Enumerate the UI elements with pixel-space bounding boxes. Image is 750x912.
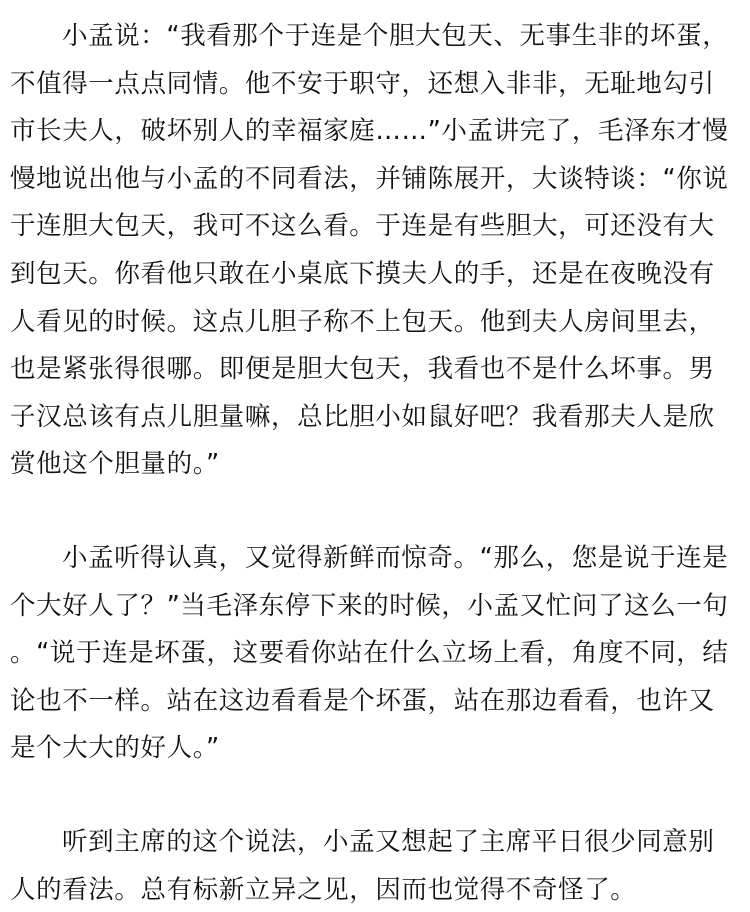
text-line: 慢地说出他与小孟的不同看法，并铺陈展开，大谈特谈：“你说 bbox=[10, 156, 746, 204]
paragraph-1: 小孟说：“我看那个于连是个胆大包天、无事生非的坏蛋， 不值得一点点同情。他不安于… bbox=[10, 13, 746, 489]
paragraph-3: 听到主席的这个说法，小孟又想起了主席平日很少同意别 人的看法。总有标新立异之见，… bbox=[10, 819, 746, 912]
document-page: 小孟说：“我看那个于连是个胆大包天、无事生非的坏蛋， 不值得一点点同情。他不安于… bbox=[10, 13, 746, 912]
text-line: 听到主席的这个说法，小孟又想起了主席平日很少同意别 bbox=[10, 819, 746, 867]
text-line: 也是紧张得很哪。即便是胆大包天，我看也不是什么坏事。男 bbox=[10, 346, 746, 394]
text-line: 个大好人了？”当毛泽东停下来的时候，小孟又忙问了这么一句 bbox=[10, 583, 746, 631]
text-line: 小孟说：“我看那个于连是个胆大包天、无事生非的坏蛋， bbox=[10, 13, 746, 61]
text-line: 不值得一点点同情。他不安于职守，还想入非非，无耻地勾引 bbox=[10, 61, 746, 109]
text-line: 市长夫人，破坏别人的幸福家庭……”小孟讲完了，毛泽东才慢 bbox=[10, 108, 746, 156]
paragraph-spacer bbox=[10, 773, 746, 819]
text-line: 是个大大的好人。” bbox=[10, 725, 746, 773]
text-line: 赏他这个胆量的。” bbox=[10, 441, 746, 489]
text-line: 。“说于连是坏蛋，这要看你站在什么立场上看，角度不同，结 bbox=[10, 630, 746, 678]
paragraph-2: 小孟听得认真，又觉得新鲜而惊奇。“那么，您是说于连是 个大好人了？”当毛泽东停下… bbox=[10, 535, 746, 773]
text-line: 人看见的时候。这点儿胆子称不上包天。他到夫人房间里去， bbox=[10, 299, 746, 347]
text-line: 人的看法。总有标新立异之见，因而也觉得不奇怪了。 bbox=[10, 867, 746, 912]
text-line: 小孟听得认真，又觉得新鲜而惊奇。“那么，您是说于连是 bbox=[10, 535, 746, 583]
text-line: 论也不一样。站在这边看看是个坏蛋，站在那边看看，也许又 bbox=[10, 678, 746, 726]
paragraph-spacer bbox=[10, 489, 746, 535]
text-line: 到包天。你看他只敢在小桌底下摸夫人的手，还是在夜晚没有 bbox=[10, 251, 746, 299]
text-line: 子汉总该有点儿胆量嘛，总比胆小如鼠好吧？我看那夫人是欣 bbox=[10, 394, 746, 442]
text-line: 于连胆大包天，我可不这么看。于连是有些胆大，可还没有大 bbox=[10, 203, 746, 251]
